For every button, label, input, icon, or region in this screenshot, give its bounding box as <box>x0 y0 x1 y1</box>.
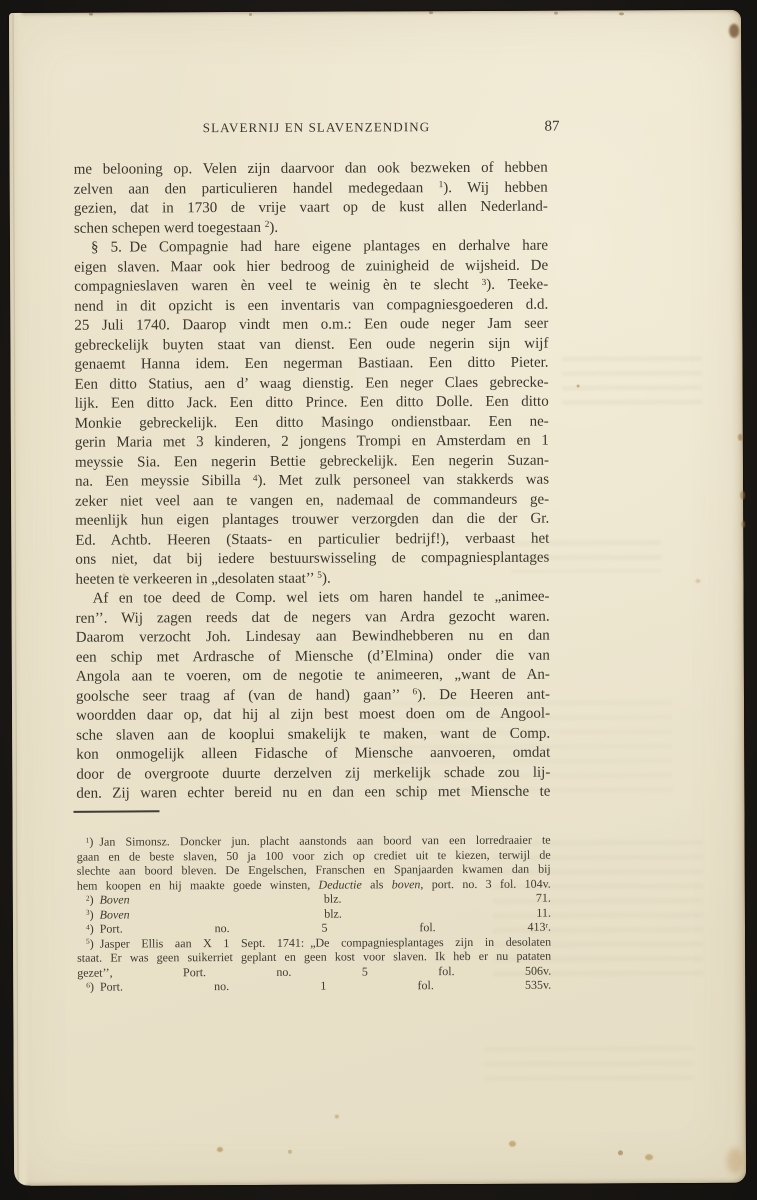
ghost-text-bleed <box>484 1046 694 1081</box>
page-header: SLAVERNIJ EN SLAVENZENDING 87 <box>73 117 559 139</box>
foxing-spot <box>509 1141 516 1147</box>
ghost-text-bleed <box>562 356 702 409</box>
footnote-line: 6) Port. no. 1 fol. 535v. <box>77 978 551 995</box>
ghost-text-bleed <box>511 540 661 573</box>
foxing-spot <box>645 1154 653 1160</box>
corner-stain <box>729 24 739 38</box>
body-line: eigen slaven. Maar ook hier bedroog de z… <box>74 256 548 278</box>
scan-background: SLAVERNIJ EN SLAVENZENDING 87 me belooni… <box>0 0 757 1200</box>
running-title: SLAVERNIJ EN SLAVENZENDING <box>73 117 559 139</box>
body-line: genaemt Hanna idem. Een negerman Bastiaa… <box>74 354 548 376</box>
body-line: na. Een meyssie Sibilla 4). Met zulk per… <box>75 471 549 493</box>
body-line: meenlijk hun eigen plantages trouwer ver… <box>75 510 549 532</box>
body-line: lijk. Een ditto Jack. Een ditto Prince. … <box>75 393 549 415</box>
book-page: SLAVERNIJ EN SLAVENZENDING 87 me belooni… <box>9 10 746 1186</box>
footnote-line: 4) Port. no. 5 fol. 413r. <box>77 920 551 937</box>
body-line: Angola aan te voeren, om de negotie te a… <box>76 666 550 688</box>
body-line: me belooning op. Velen zijn daarvoor dan… <box>74 159 548 181</box>
foxing-spot <box>335 1115 339 1119</box>
body-line: gebreckelijk buyten staat van dienst. Ee… <box>74 334 548 356</box>
deckle-speck <box>429 11 433 14</box>
footnotes: 1) Jan Simonsz. Doncker jun. placht aans… <box>77 833 552 995</box>
deckle-speck <box>554 12 558 15</box>
body-line: nend in dit opzicht is een inventaris va… <box>74 295 548 317</box>
body-line: zeker niet veel aan te vangen en, nadema… <box>75 490 549 512</box>
body-line: schen schepen werd toegestaan 2). <box>74 217 548 239</box>
foxing-spot <box>618 1150 623 1155</box>
foxing-spot <box>288 1150 292 1154</box>
ghost-text-bleed <box>493 840 704 981</box>
ghost-text-bleed <box>392 700 672 796</box>
edge-stain <box>740 491 745 500</box>
foxing-spot <box>122 573 125 576</box>
footnote-line: slechte aan boord bleven. De Engelschen,… <box>77 862 551 879</box>
body-line: ren’’. Wij zagen reeds dat de negers van… <box>76 607 550 629</box>
body-line: Monkie gebreckelijk. Een ditto Masingo o… <box>75 412 549 434</box>
body-line: meyssie Sia. Een negerin Bettie gebrecke… <box>75 451 549 473</box>
foxing-spot <box>695 579 700 583</box>
deckle-speck <box>249 13 252 16</box>
body-line: ons niet, dat bij iedere bestuurswisseli… <box>75 549 549 571</box>
footnote-line: 1) Jan Simonsz. Doncker jun. placht aans… <box>77 833 551 850</box>
footnote-rule <box>73 810 159 813</box>
edge-stain <box>738 434 743 441</box>
body-line: heeten te verkeeren in „desolaten staat’… <box>75 568 549 590</box>
body-line: gezien, dat in 1730 de vrije vaart op de… <box>74 198 548 220</box>
body-line: Af en toe deed de Comp. wel iets om hare… <box>76 588 550 610</box>
footnote-line: staat. Er was geen suikerriet geplant en… <box>77 949 551 966</box>
edge-stain <box>741 521 745 528</box>
deckle-speck <box>619 12 624 15</box>
body-line: zelven aan den particulieren handel mede… <box>74 178 548 200</box>
body-line: Daarom verzocht Joh. Lindesay aan Bewind… <box>76 627 550 649</box>
body-line: compagnieslaven waren èn veel te weinig … <box>74 276 548 298</box>
edge-stain <box>727 1148 743 1174</box>
deckle-speck <box>89 13 93 16</box>
body-line: Ed. Achtb. Heeren (Staats- en particulie… <box>75 529 549 551</box>
foxing-spot <box>217 1147 223 1152</box>
page-number: 87 <box>544 117 559 137</box>
page-edge-left <box>9 13 29 1186</box>
body-line: 25 Juli 1740. Daarop vindt men o.m.: Een… <box>74 315 548 337</box>
body-line: gerin Maria met 3 kinderen, 2 jongens Tr… <box>75 432 549 454</box>
body-line: Een ditto Statius, aen d’ waag dienstig.… <box>75 373 549 395</box>
body-line: § 5. De Compagnie had hare eigene planta… <box>74 237 548 259</box>
footnote-line: 2) Boven blz. 71. <box>77 891 551 908</box>
foxing-spot <box>577 385 580 388</box>
body-line: een schip met Ardrasche of Miensche (d’E… <box>76 646 550 668</box>
